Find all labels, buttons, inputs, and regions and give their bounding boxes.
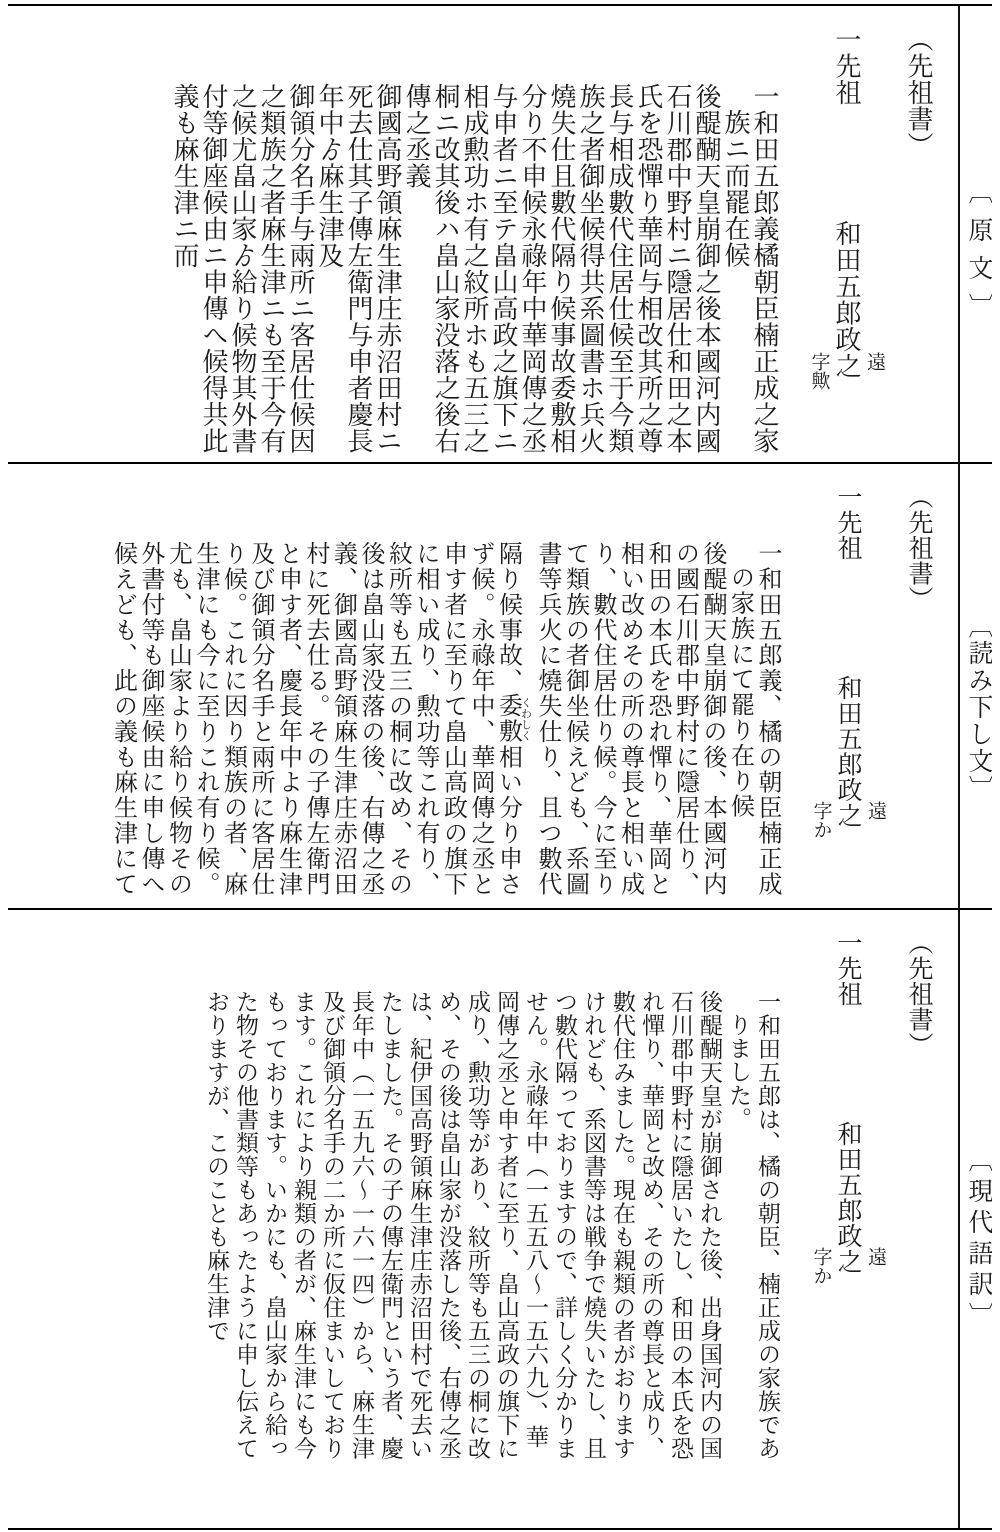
text-column: 尤も、畠山家より給り候物その xyxy=(166,541,190,851)
text-column: りました。 xyxy=(727,990,750,1468)
name-note-right: 遠 xyxy=(863,352,884,371)
text-column: 年中ゟ麻生津及 xyxy=(316,83,342,405)
text-column: 死去仕其子傳左衛門与申者慶長 xyxy=(345,83,371,405)
document-page: 〔原文〕 （先祖書） 一先祖和田五郎政之遠字歟 一和田五郎義橘朝臣楠正成之家族ニ… xyxy=(8,0,992,1530)
text-column: 數代住みました。現在も親類の者がおります xyxy=(611,990,634,1468)
name-note-left: 字か xyxy=(810,801,831,839)
ancestor-name-text: 和田五郎政之 xyxy=(834,1121,861,1274)
text-column: 長与相成數代住居仕候至于今類 xyxy=(606,83,632,405)
text-column: 一和田五郎義、橘の朝臣楠正成 xyxy=(755,541,779,851)
section-title: 〔原文〕 xyxy=(960,179,992,331)
item-heading: 一先祖和田五郎政之遠字か xyxy=(835,484,860,908)
text-column: ず候。永祿年中、華岡傳之丞と xyxy=(468,541,492,851)
text-column: 長年中（一五九六～一六一四）から、麻生津 xyxy=(350,990,373,1468)
name-note-left: 字歟 xyxy=(808,352,829,390)
section-content: （先祖書） 一先祖和田五郎政之遠字か 一和田五郎義、橘の朝臣楠正成の家族にて罷り… xyxy=(8,464,958,908)
spacer xyxy=(847,1007,848,1121)
section-genbun: 〔原文〕 （先祖書） 一先祖和田五郎政之遠字歟 一和田五郎義橘朝臣楠正成之家族ニ… xyxy=(8,4,992,462)
furigana-ruby: 委敷くわしく xyxy=(495,693,521,744)
text-column: 燒失仕且數代隔り候事故委敷相 xyxy=(548,83,574,405)
section-gendaigoyaku: 〔現代語訳〕 （先祖書） 一先祖和田五郎政之遠字か 一和田五郎は、橘の朝臣、楠正… xyxy=(8,908,992,1530)
text-column: て類族の者御坐候えども、系圖 xyxy=(563,541,587,851)
text-column: 御國高野領麻生津庄赤沼田村ニ xyxy=(374,83,400,405)
text-column: 後は畠山家没落の後、右傳之丞 xyxy=(358,541,382,851)
text-column: 及び御領分名手の二か所に仮住まいしており xyxy=(321,990,344,1468)
text-column: 傳之丞義 xyxy=(403,83,429,405)
text-column: 族之者御坐候得共系圖書ホ兵火 xyxy=(577,83,603,405)
text-column: 隔り候事故、委敷くわしく相い分り申さ xyxy=(496,541,532,851)
text-column: め、その後は畠山家が没落した後、右傳之丞 xyxy=(437,990,460,1468)
section-content: （先祖書） 一先祖和田五郎政之遠字か 一和田五郎は、橘の朝臣、楠正成の家族であり… xyxy=(8,910,958,1528)
text-column: 相い改めその所の尊長と相い成 xyxy=(618,541,642,851)
text-column: 外書付等も御座候由に申し傳へ xyxy=(138,541,162,851)
kicker-label: （先祖書） xyxy=(905,26,931,462)
text-column: 生津にも今に至りこれ有り候。 xyxy=(193,541,217,851)
text-column: 分り不申候永祿年中華岡傳之丞 xyxy=(519,83,545,405)
text-column: 成り、勲功等があり、紋所等も五三の桐に改 xyxy=(466,990,489,1468)
text-column: た物その他書類等もあったように申し伝えて xyxy=(234,990,257,1468)
body-text: 一和田五郎義、橘の朝臣楠正成の家族にて罷り在り候後醍醐天皇崩御の後、本國河内の國… xyxy=(111,484,780,851)
text-column: 後醍醐天皇が崩御された後、出身国河内の国 xyxy=(698,990,721,1468)
item-heading: 一先祖和田五郎政之遠字歟 xyxy=(833,26,859,462)
text-column: けれども、系図書等は戦争で燒失いたし、且 xyxy=(582,990,605,1468)
text-column: 岡傳之丞と申す者に至り、畠山高政の旗下に xyxy=(495,990,518,1468)
text-column: せん。永祿年中（一五五八～一五六九）、華 xyxy=(524,990,547,1468)
text-column: の國石川郡中野村に隱居仕り、 xyxy=(673,541,697,851)
spacer xyxy=(847,561,848,675)
text-column: 御領分名手与兩所ニ客居仕候因 xyxy=(287,83,313,405)
kicker-label: （先祖書） xyxy=(906,484,931,908)
section-title: 〔現代語訳〕 xyxy=(960,1147,992,1333)
section-title-strip: 〔現代語訳〕 xyxy=(958,910,992,1528)
text-column: り、數代住居仕り候。今に至り xyxy=(590,541,614,851)
text-column: に相い成り、勲功等これ有り、 xyxy=(413,541,437,851)
text-column: り候。これに因り類族の者、麻 xyxy=(221,541,245,851)
text-column: 付等御座候由ニ申傳へ候得共此 xyxy=(200,83,226,405)
text-column: 義、御國高野領麻生津庄赤沼田 xyxy=(331,541,355,851)
text-column: 後醍醐天皇崩御之後本國河内國 xyxy=(693,83,719,405)
name-note-left: 字か xyxy=(810,1247,831,1285)
text-column: 紋所等も五三の桐に改め、その xyxy=(386,541,410,851)
text-column: と申す者、慶長年中より麻生津 xyxy=(276,541,300,851)
text-column: 候えども、此の義も麻生津にて xyxy=(111,541,135,851)
text-column: は、紀伊国高野領麻生津庄赤沼田村で死去い xyxy=(408,990,431,1468)
text-column: 申す者に至りて畠山高政の旗下 xyxy=(441,541,465,851)
item-label: 一先祖 xyxy=(834,930,861,1007)
text-column: 及び御領分名手と兩所に客居仕 xyxy=(248,541,272,851)
section-content: （先祖書） 一先祖和田五郎政之遠字歟 一和田五郎義橘朝臣楠正成之家族ニ而罷在候後… xyxy=(8,6,958,462)
ancestor-name: 和田五郎政之遠字か xyxy=(835,1121,860,1274)
text-column: 石川郡中野村に隱居いたし、和田の本氏を恐 xyxy=(669,990,692,1468)
ancestor-name: 和田五郎政之遠字か xyxy=(835,675,860,828)
text-column: 村に死去仕る。その子傳左衛門 xyxy=(303,541,327,851)
text-column: 石川郡中野村ニ隱居仕和田之本 xyxy=(664,83,690,405)
text-column: 族ニ而罷在候 xyxy=(722,83,748,405)
ancestor-name-text: 和田五郎政之 xyxy=(832,220,861,379)
spacer xyxy=(846,106,847,220)
text-column: れ憚り、華岡と改め、その所の尊長と成り、 xyxy=(640,990,663,1468)
text-column: 和田の本氏を恐れ憚り、華岡と xyxy=(645,541,669,851)
text-column: 書等兵火に燒失仕り、且つ數代 xyxy=(535,541,559,851)
ancestor-name-text: 和田五郎政之 xyxy=(834,675,861,828)
kicker-label: （先祖書） xyxy=(906,930,931,1528)
text-column: おりますが、このことも麻生津で xyxy=(205,990,228,1468)
section-title-strip: 〔読み下し文〕 xyxy=(958,464,992,908)
ancestor-name: 和田五郎政之遠字歟 xyxy=(833,220,859,379)
section-title-strip: 〔原文〕 xyxy=(958,6,992,462)
text-column: の家族にて罷り在り候 xyxy=(728,541,752,851)
text-column: 桐ニ改其後ハ畠山家没落之後右 xyxy=(432,83,458,405)
body-text: 一和田五郎義橘朝臣楠正成之家族ニ而罷在候後醍醐天皇崩御之後本國河内國石川郡中野村… xyxy=(171,26,777,405)
item-label: 一先祖 xyxy=(832,26,861,106)
text-column: 後醍醐天皇崩御の後、本國河内 xyxy=(700,541,724,851)
text-column: ます。これにより親類の者が、麻生津にも今 xyxy=(292,990,315,1468)
text-column: たしました。その子の傳左衛門という者、慶 xyxy=(379,990,402,1468)
text-column: 相成勲功ホ有之紋所ホも五三之 xyxy=(461,83,487,405)
text-column: 一和田五郎義橘朝臣楠正成之家 xyxy=(751,83,777,405)
name-note-right: 遠 xyxy=(864,1247,885,1266)
section-yomikudashi: 〔読み下し文〕 （先祖書） 一先祖和田五郎政之遠字か 一和田五郎義、橘の朝臣楠正… xyxy=(8,462,992,908)
text-column: 氏を恐憚り華岡与相改其所之尊 xyxy=(635,83,661,405)
text-column: 之候尤畠山家ゟ給り候物其外書 xyxy=(229,83,255,405)
text-column: つ數代隔っておりますので、詳しく分かりま xyxy=(553,990,576,1468)
text-column: 義も麻生津ニ而 xyxy=(171,83,197,405)
name-note-right: 遠 xyxy=(864,801,885,820)
text-column: 一和田五郎は、橘の朝臣、楠正成の家族であ xyxy=(756,990,779,1468)
item-label: 一先祖 xyxy=(834,484,861,561)
item-heading: 一先祖和田五郎政之遠字か xyxy=(835,930,860,1528)
text-column: 之類族之者麻生津ニも至于今有 xyxy=(258,83,284,405)
text-column: 与申者ニ至テ畠山高政之旗下ニ xyxy=(490,83,516,405)
body-text: 一和田五郎は、橘の朝臣、楠正成の家族でありました。後醍醐天皇が崩御された後、出身… xyxy=(205,930,779,1468)
text-column: もっております。いかにも、畠山家から給っ xyxy=(263,990,286,1468)
section-title: 〔読み下し文〕 xyxy=(960,613,992,802)
